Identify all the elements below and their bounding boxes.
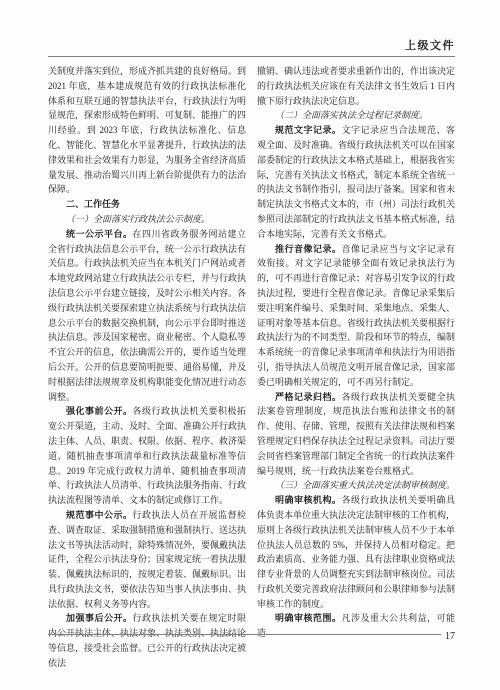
paragraph-lead: 明确审核范围。 [275, 613, 342, 623]
page-number: 17 [441, 631, 455, 642]
right-column: 撤销、确认违法或者要求重新作出的，作出该决定的行政执法机关应该在有关法律文书生效… [257, 64, 455, 671]
paragraph-lead: 规范文字记录。 [275, 125, 342, 135]
subsection-heading: （一）全面落实行政执法公示制度。 [48, 212, 246, 227]
paragraph-continuation: 关制度并落实到位，形成齐抓共建的良好格局。到 2021 年底，基本建成规范有效的… [48, 64, 246, 197]
paragraph: 规范事中公示。行政执法人员在开展监督检查、调查取证、采取强制措施和强制执行、送达… [48, 508, 246, 612]
paragraph-lead: 规范事中公示。 [66, 510, 133, 520]
paragraph-text: 文字记录应当合法规范、客观全面、及时准确。省级行政执法机关可以在国家部委制定的行… [257, 125, 455, 239]
subsection-heading: （二）全面落实执法全过程记录制度。 [257, 108, 455, 123]
paragraph: 强化事前公开。各级行政执法机关要积极拓宽公开渠道，主动、及时、全面、准确公开行政… [48, 404, 246, 508]
paragraph-lead: 强化事前公开。 [66, 406, 133, 416]
paragraph: 严格记录归档。各级行政执法机关要健全执法案卷管理制度，规范执法台账和法律文书的制… [257, 390, 455, 479]
page-footer: 17 [48, 630, 455, 642]
paragraph-continuation: 撤销、确认违法或者要求重新作出的，作出该决定的行政执法机关应该在有关法律文书生效… [257, 64, 455, 108]
header-title: 上级文件 [405, 37, 455, 56]
paragraph: 规范文字记录。文字记录应当合法规范、客观全面、及时准确。省级行政执法机关可以在国… [257, 123, 455, 241]
subsection-heading: （三）全面落实重大执法决定法制审核制度。 [257, 478, 455, 493]
footer-rule [48, 634, 441, 635]
paragraph-text: 各级行政执法机关要积极拓宽公开渠道，主动、及时、全面、准确公开行政执法主体、人员… [48, 406, 246, 505]
paragraph: 明确审核机构。各级行政执法机关要明确具体负责本单位重大执法决定法制审核的工作机构… [257, 493, 455, 611]
section-heading: 二、工作任务 [48, 197, 246, 212]
body-columns: 关制度并落实到位，形成齐抓共建的良好格局。到 2021 年底，基本建成规范有效的… [48, 64, 455, 671]
left-column: 关制度并落实到位，形成齐抓共建的良好格局。到 2021 年底，基本建成规范有效的… [48, 64, 246, 671]
paragraph-lead: 明确审核机构。 [275, 495, 342, 505]
paragraph: 统一公示平台。在四川省政务服务网站建立全省行政执法信息公示平台，统一公示行政执法… [48, 227, 246, 405]
paragraph-text: 音像记录应当与文字记录有效衔接。对文字记录能够全面有效记录执法行为的，可不再进行… [257, 244, 455, 387]
paragraph-lead: 加强事后公开。 [66, 613, 133, 623]
paragraph-text: 各级行政执法机关要明确具体负责本单位重大执法决定法制审核的工作机构，原则上各级行… [257, 495, 455, 609]
paragraph-text: 各级行政执法机关要健全执法案卷管理制度，规范执法台账和法律文书的制作、使用、存储… [257, 392, 455, 476]
paragraph-text: 行政执法人员在开展监督检查、调查取证、采取强制措施和强制执行、送达执法文书等执法… [48, 510, 246, 609]
paragraph-lead: 推行音像记录。 [275, 244, 342, 254]
paragraph-text: 在四川省政务服务网站建立全省行政执法信息公示平台，统一公示行政执法有关信息。行政… [48, 229, 246, 402]
paragraph: 推行音像记录。音像记录应当与文字记录有效衔接。对文字记录能够全面有效记录执法行为… [257, 242, 455, 390]
document-page: 上级文件 关制度并落实到位，形成齐抓共建的良好格局。到 2021 年底，基本建成… [0, 0, 500, 690]
page-header: 上级文件 [48, 36, 455, 57]
paragraph-lead: 严格记录归档。 [275, 392, 342, 402]
paragraph-lead: 统一公示平台。 [66, 229, 133, 239]
